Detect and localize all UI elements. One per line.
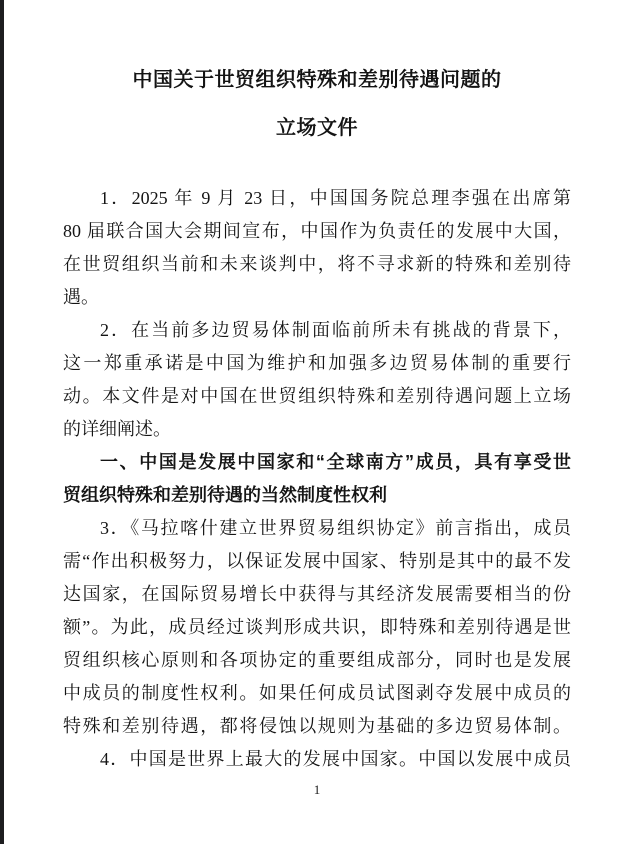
paragraph-line: 2．在当前多边贸易体制面临前所未有挑战的背景下，	[63, 314, 571, 347]
paragraph-line: 额”。为此，成员经过谈判形成共识，即特殊和差别待遇是世	[63, 611, 571, 644]
paragraph-line: 1．2025 年 9 月 23 日，中国国务院总理李强在出席第	[63, 182, 571, 215]
page-edge-shadow	[0, 0, 4, 844]
paragraph-line: 特殊和差别待遇，都将侵蚀以规则为基础的多边贸易体制。	[63, 710, 571, 743]
section-heading-line: 贸组织特殊和差别待遇的当然制度性权利	[63, 479, 571, 512]
document-title-line-2: 立场文件	[63, 112, 571, 145]
paragraph-line: 中成员的制度性权利。如果任何成员试图剥夺发展中成员的	[63, 677, 571, 710]
page-content: 中国关于世贸组织特殊和差别待遇问题的 立场文件 1．2025 年 9 月 23 …	[63, 64, 571, 776]
paragraph-line: 遇。	[63, 281, 571, 314]
document-body: 1．2025 年 9 月 23 日，中国国务院总理李强在出席第 80 届联合国大…	[63, 182, 571, 776]
paragraph-line: 的详细阐述。	[63, 413, 571, 446]
paragraph-line: 需“作出积极努力，以保证发展中国家、特别是其中的最不发	[63, 545, 571, 578]
paragraph-line: 动。本文件是对中国在世贸组织特殊和差别待遇问题上立场	[63, 380, 571, 413]
paragraph-line: 贸组织核心原则和各项协定的重要组成部分，同时也是发展	[63, 644, 571, 677]
paragraph-line: 在世贸组织当前和未来谈判中，将不寻求新的特殊和差别待	[63, 248, 571, 281]
page-number: 1	[4, 782, 630, 798]
document-page: 中国关于世贸组织特殊和差别待遇问题的 立场文件 1．2025 年 9 月 23 …	[0, 0, 634, 844]
document-title-line-1: 中国关于世贸组织特殊和差别待遇问题的	[63, 64, 571, 97]
paragraph-line: 80 届联合国大会期间宣布，中国作为负责任的发展中大国，	[63, 215, 571, 248]
paragraph-line: 达国家，在国际贸易增长中获得与其经济发展需要相当的份	[63, 578, 571, 611]
section-heading-line: 一、中国是发展中国家和“全球南方”成员，具有享受世	[63, 446, 571, 479]
paragraph-line: 这一郑重承诺是中国为维护和加强多边贸易体制的重要行	[63, 347, 571, 380]
paragraph-line: 3．《马拉喀什建立世界贸易组织协定》前言指出，成员	[63, 512, 571, 545]
paragraph-line: 4．中国是世界上最大的发展中国家。中国以发展中成员	[63, 743, 571, 776]
